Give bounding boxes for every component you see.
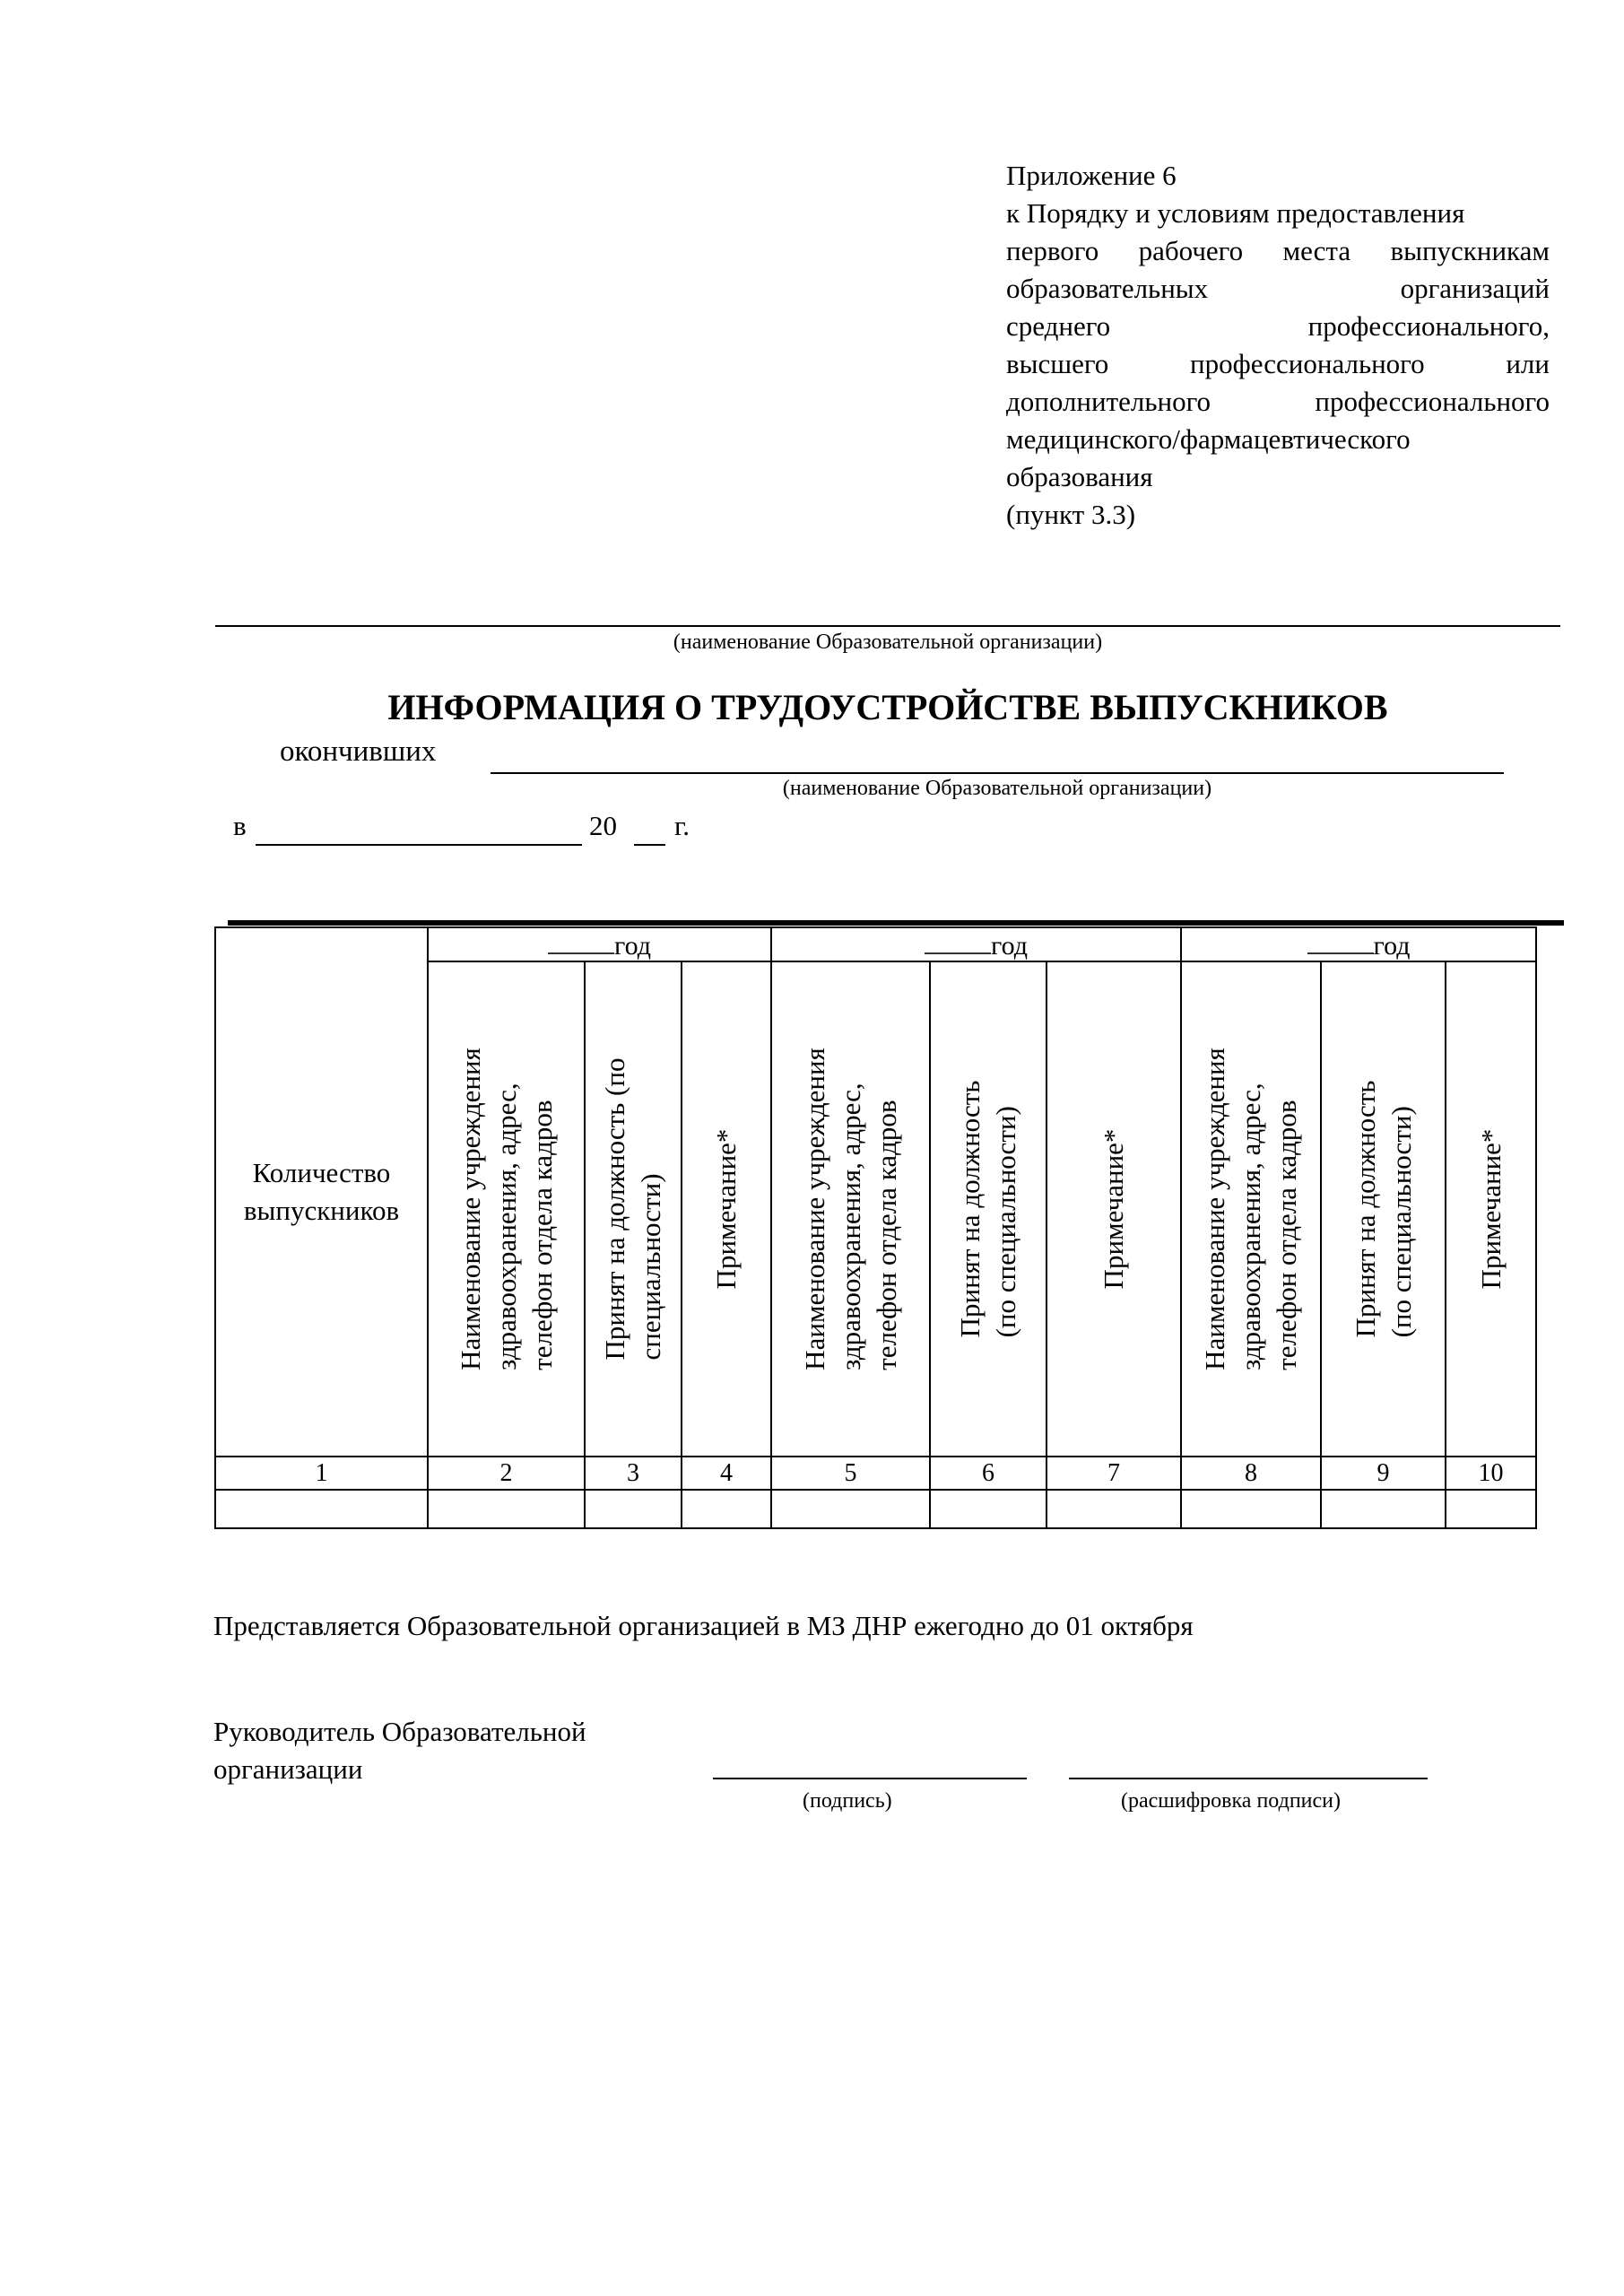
year-blank[interactable] — [548, 929, 614, 954]
graduated-org-line[interactable] — [491, 772, 1504, 774]
data-cell[interactable] — [1321, 1490, 1446, 1528]
year-label: год — [614, 931, 651, 961]
document-title: ИНФОРМАЦИЯ О ТРУДОУСТРОЙСТВЕ ВЫПУСКНИКОВ — [215, 686, 1560, 728]
institution-header: Наименование учрежденияздравоохранения, … — [428, 961, 585, 1457]
column-number: 7 — [1046, 1457, 1181, 1490]
column-number: 6 — [930, 1457, 1046, 1490]
data-cell[interactable] — [428, 1490, 585, 1528]
appendix-line: образовательных организаций — [1006, 270, 1550, 308]
data-cell[interactable] — [1446, 1490, 1536, 1528]
appendix-line: медицинского/фармацевтического — [1006, 421, 1550, 458]
head-label-line: организации — [213, 1753, 362, 1785]
year-group-header: год — [771, 927, 1181, 961]
hired-header: Принят на должность(по специальности) — [1321, 961, 1446, 1457]
year-group-header: год — [1181, 927, 1536, 961]
data-cell[interactable] — [682, 1490, 771, 1528]
note-header: Примечание* — [682, 961, 771, 1457]
header-line: выпускников — [244, 1195, 399, 1226]
column-number: 3 — [585, 1457, 682, 1490]
note-header: Примечание* — [1046, 961, 1181, 1457]
table-top-rule — [228, 920, 1564, 926]
in-label: в — [233, 810, 247, 842]
appendix-line: к Порядку и условиям предоставления — [1006, 195, 1550, 232]
signature-line[interactable] — [713, 1778, 1027, 1779]
column-number: 2 — [428, 1457, 585, 1490]
table-row — [215, 1490, 1536, 1528]
org-name-line[interactable] — [215, 625, 1560, 627]
data-cell[interactable] — [1046, 1490, 1181, 1528]
data-cell[interactable] — [930, 1490, 1046, 1528]
data-cell[interactable] — [771, 1490, 930, 1528]
employment-table: Количество выпускников год год год Наиме… — [214, 926, 1537, 1529]
year-prefix: 20 — [589, 810, 617, 842]
year-label: год — [1374, 931, 1411, 961]
hired-header: Принят на должность (поспециальности) — [585, 961, 682, 1457]
signature-name-line[interactable] — [1069, 1778, 1428, 1779]
month-line[interactable] — [256, 844, 582, 846]
submission-note: Представляется Образовательной организац… — [213, 1610, 1194, 1642]
head-of-organization-label: Руководитель Образовательной организации — [213, 1713, 586, 1788]
institution-header: Наименование учрежденияздравоохранения, … — [1181, 961, 1321, 1457]
column-number: 1 — [215, 1457, 428, 1490]
graduated-org-caption: (наименование Образовательной организаци… — [491, 777, 1504, 801]
data-cell[interactable] — [585, 1490, 682, 1528]
header-line: Количество — [253, 1157, 391, 1188]
data-cell[interactable] — [1181, 1490, 1321, 1528]
appendix-line: (пункт 3.3) — [1006, 496, 1550, 534]
appendix-line: первого рабочего места выпускникам — [1006, 232, 1550, 270]
year-blank[interactable] — [925, 929, 991, 954]
signature-caption: (подпись) — [803, 1789, 892, 1813]
column-number-row: 1 2 3 4 5 6 7 8 9 10 — [215, 1457, 1536, 1490]
year-blank[interactable] — [1307, 929, 1374, 954]
year-group-header: год — [428, 927, 771, 961]
appendix-line: высшего профессионального или — [1006, 345, 1550, 383]
appendix-line: среднего профессионального, — [1006, 308, 1550, 345]
graduates-count-header: Количество выпускников — [215, 927, 428, 1457]
appendix-line: образования — [1006, 458, 1550, 496]
org-name-caption: (наименование Образовательной организаци… — [215, 631, 1560, 655]
year-line[interactable] — [634, 844, 665, 846]
appendix-line: дополнительного профессионального — [1006, 383, 1550, 421]
hired-header: Принят на должность(по специальности) — [930, 961, 1046, 1457]
data-cell[interactable] — [215, 1490, 428, 1528]
column-number: 5 — [771, 1457, 930, 1490]
appendix-block: Приложение 6 к Порядку и условиям предос… — [1006, 157, 1550, 534]
year-suffix: г. — [674, 810, 690, 842]
signature-name-caption: (расшифровка подписи) — [1121, 1789, 1341, 1813]
year-label: год — [991, 931, 1028, 961]
column-number: 4 — [682, 1457, 771, 1490]
head-label-line: Руководитель Образовательной — [213, 1716, 586, 1747]
column-number: 8 — [1181, 1457, 1321, 1490]
appendix-title: Приложение 6 — [1006, 157, 1550, 195]
note-header: Примечание* — [1446, 961, 1536, 1457]
column-number: 10 — [1446, 1457, 1536, 1490]
column-number: 9 — [1321, 1457, 1446, 1490]
graduated-label: окончивших — [280, 735, 436, 769]
institution-header: Наименование учрежденияздравоохранения, … — [771, 961, 930, 1457]
